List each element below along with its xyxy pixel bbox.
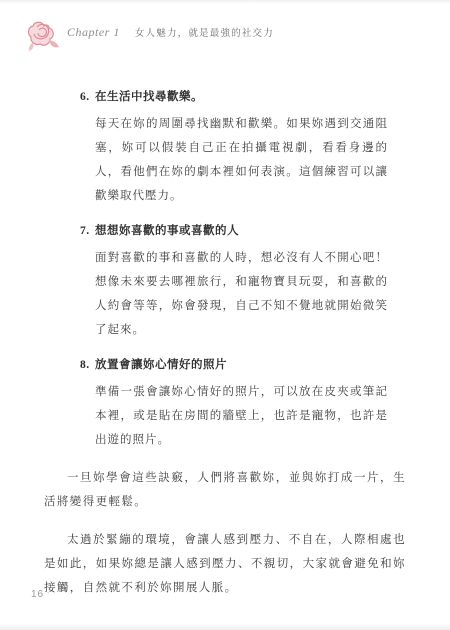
page-number: 16 — [31, 589, 44, 600]
rose-ornament-icon — [25, 12, 63, 52]
body-paragraph: 太過於緊繃的環境，會讓人感到壓力、不自在，人際相處也是如此，如果妳總是讓人感到壓… — [44, 528, 406, 600]
list-item-heading: 放置會讓妳心情好的照片 — [95, 359, 227, 371]
list-item: 8.放置會讓妳心情好的照片 準備一張會讓妳心情好的照片，可以放在皮夾或筆記本裡，… — [80, 356, 388, 452]
scan-artifact-bottom — [0, 623, 450, 630]
list-item-number: 7. — [80, 222, 95, 240]
running-header: Chapter 1 女人魅力，就是最強的社交力 — [25, 12, 274, 52]
page-content: 6.在生活中找尋歡樂。 每天在妳的周圍尋找幽默和歡樂。如果妳遇到交通阻塞，妳可以… — [0, 88, 450, 600]
list-item: 6.在生活中找尋歡樂。 每天在妳的周圍尋找幽默和歡樂。如果妳遇到交通阻塞，妳可以… — [80, 88, 388, 208]
list-item-heading-row: 7.想想妳喜歡的事或喜歡的人 — [80, 222, 388, 240]
list-item-heading: 在生活中找尋歡樂。 — [95, 91, 203, 103]
list-item: 7.想想妳喜歡的事或喜歡的人 面對喜歡的事和喜歡的人時，想必沒有人不開心吧！想像… — [80, 222, 388, 342]
scan-artifact-top — [0, 0, 450, 4]
list-item-body: 準備一張會讓妳心情好的照片，可以放在皮夾或筆記本裡，或是貼在房間的牆壁上，也許是… — [95, 380, 388, 452]
list-item-body: 每天在妳的周圍尋找幽默和歡樂。如果妳遇到交通阻塞，妳可以假裝自己正在拍攝電視劇，… — [95, 112, 388, 208]
list-item-heading-row: 8.放置會讓妳心情好的照片 — [80, 356, 388, 374]
list-item-number: 8. — [80, 356, 95, 374]
list-item-number: 6. — [80, 88, 95, 106]
body-paragraph: 一旦妳學會這些訣竅，人們將喜歡妳，並與妳打成一片，生活將變得更輕鬆。 — [44, 466, 406, 514]
list-item-heading-row: 6.在生活中找尋歡樂。 — [80, 88, 388, 106]
list-item-body: 面對喜歡的事和喜歡的人時，想必沒有人不開心吧！想像未來要去哪裡旅行，和寵物寶貝玩… — [95, 246, 388, 342]
chapter-title: 女人魅力，就是最強的社交力 — [135, 25, 274, 39]
list-item-heading: 想想妳喜歡的事或喜歡的人 — [95, 225, 239, 237]
chapter-label: Chapter 1 — [67, 25, 120, 40]
